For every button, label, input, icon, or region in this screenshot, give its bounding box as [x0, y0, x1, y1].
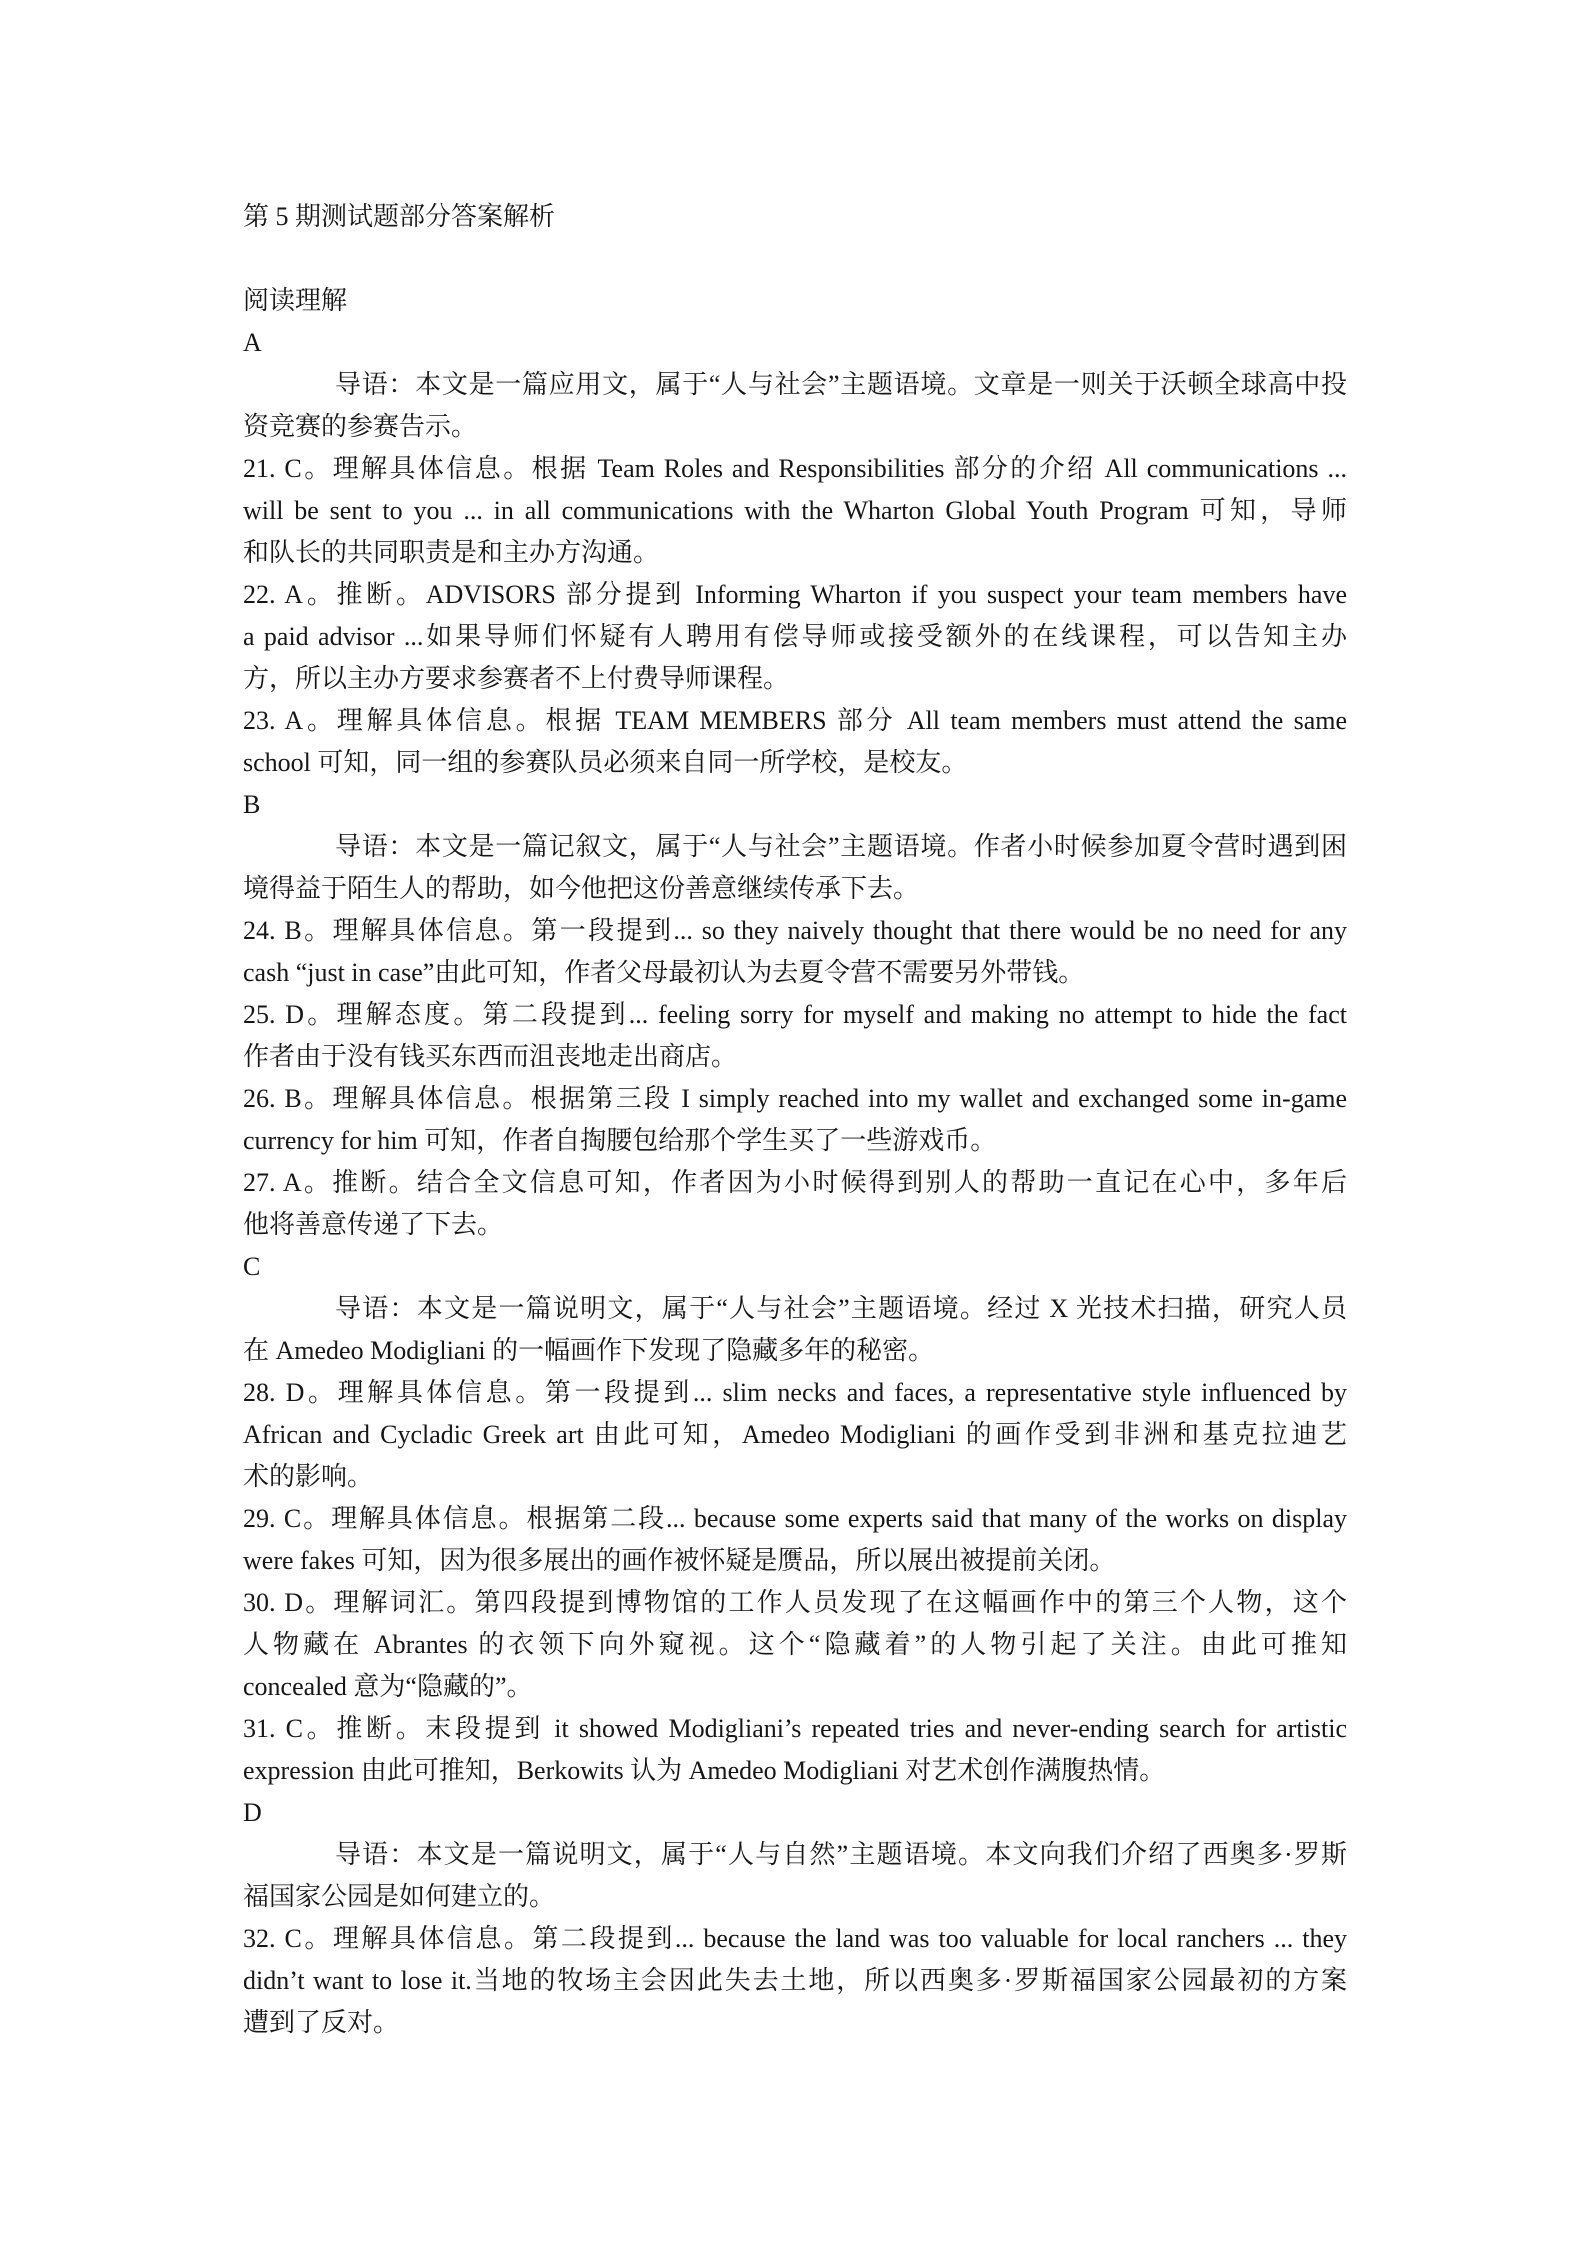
answer-line-q22: a paid advisor ...如果导师们怀疑有人聘用有偿导师或接受额外的在…	[243, 616, 1347, 658]
answer-line-q24: 24. B。理解具体信息。第一段提到... so they naively th…	[243, 910, 1347, 952]
answer-line-q24: cash “just in case”由此可知，作者父母最初认为去夏令营不需要另…	[243, 952, 1347, 994]
section-heading-reading: 阅读理解	[243, 280, 1347, 322]
answer-line-q22: 22. A。推断。ADVISORS 部分提到 Informing Wharton…	[243, 574, 1347, 616]
passage-label-b: B	[243, 784, 1347, 826]
passage-label-d: D	[243, 1792, 1347, 1834]
answer-line-q30: 30. D。理解词汇。第四段提到博物馆的工作人员发现了在这幅画作中的第三个人物，…	[243, 1582, 1347, 1624]
answer-line-q26: currency for him 可知，作者自掏腰包给那个学生买了一些游戏币。	[243, 1120, 1347, 1162]
answer-line-q23: 23. A。理解具体信息。根据 TEAM MEMBERS 部分 All team…	[243, 700, 1347, 742]
answer-line-q27: 27. A。推断。结合全文信息可知，作者因为小时候得到别人的帮助一直记在心中，多…	[243, 1162, 1347, 1204]
answer-line-q28: 术的影响。	[243, 1456, 1347, 1498]
answer-line-q23: school 可知，同一组的参赛队员必须来自同一所学校，是校友。	[243, 742, 1347, 784]
intro-line: 福国家公园是如何建立的。	[243, 1876, 1347, 1918]
intro-line: 导语：本文是一篇说明文，属于“人与自然”主题语境。本文向我们介绍了西奥多·罗斯	[243, 1834, 1347, 1876]
intro-line: 境得益于陌生人的帮助，如今他把这份善意继续传承下去。	[243, 868, 1347, 910]
intro-line: 导语：本文是一篇记叙文，属于“人与社会”主题语境。作者小时候参加夏令营时遇到困	[243, 826, 1347, 868]
intro-line: 导语：本文是一篇说明文，属于“人与社会”主题语境。经过 X 光技术扫描，研究人员	[243, 1288, 1347, 1330]
document-title: 第 5 期测试题部分答案解析	[243, 196, 1347, 238]
blank-line	[243, 238, 1347, 280]
answer-line-q25: 25. D。理解态度。第二段提到... feeling sorry for my…	[243, 994, 1347, 1036]
answer-line-q31: expression 由此可推知，Berkowits 认为 Amedeo Mod…	[243, 1750, 1347, 1792]
answer-line-q28: 28. D。理解具体信息。第一段提到... slim necks and fac…	[243, 1372, 1347, 1414]
answer-line-q28: African and Cycladic Greek art 由此可知，Amed…	[243, 1414, 1347, 1456]
answer-line-q29: 29. C。理解具体信息。根据第二段... because some exper…	[243, 1498, 1347, 1540]
intro-line: 在 Amedeo Modigliani 的一幅画作下发现了隐藏多年的秘密。	[243, 1330, 1347, 1372]
answer-line-q32: didn’t want to lose it.当地的牧场主会因此失去土地，所以西…	[243, 1960, 1347, 2002]
answer-line-q32: 遭到了反对。	[243, 2002, 1347, 2044]
intro-line: 资竞赛的参赛告示。	[243, 406, 1347, 448]
document-page: 第 5 期测试题部分答案解析 阅读理解 A 导语：本文是一篇应用文，属于“人与社…	[243, 196, 1347, 2044]
answer-line-q30: 人物藏在 Abrantes 的衣领下向外窥视。这个“隐藏着”的人物引起了关注。由…	[243, 1624, 1347, 1666]
answer-line-q29: were fakes 可知，因为很多展出的画作被怀疑是赝品，所以展出被提前关闭。	[243, 1540, 1347, 1582]
answer-line-q22: 方，所以主办方要求参赛者不上付费导师课程。	[243, 658, 1347, 700]
answer-line-q32: 32. C。理解具体信息。第二段提到... because the land w…	[243, 1918, 1347, 1960]
answer-line-q21: 21. C。理解具体信息。根据 Team Roles and Responsib…	[243, 448, 1347, 490]
answer-line-q25: 作者由于没有钱买东西而沮丧地走出商店。	[243, 1036, 1347, 1078]
answer-line-q26: 26. B。理解具体信息。根据第三段 I simply reached into…	[243, 1078, 1347, 1120]
answer-line-q21: 和队长的共同职责是和主办方沟通。	[243, 532, 1347, 574]
passage-label-c: C	[243, 1246, 1347, 1288]
answer-line-q21: will be sent to you ... in all communica…	[243, 490, 1347, 532]
answer-line-q27: 他将善意传递了下去。	[243, 1204, 1347, 1246]
intro-line: 导语：本文是一篇应用文，属于“人与社会”主题语境。文章是一则关于沃顿全球高中投	[243, 364, 1347, 406]
answer-line-q30: concealed 意为“隐藏的”。	[243, 1666, 1347, 1708]
answer-line-q31: 31. C。推断。末段提到 it showed Modigliani’s rep…	[243, 1708, 1347, 1750]
passage-label-a: A	[243, 322, 1347, 364]
